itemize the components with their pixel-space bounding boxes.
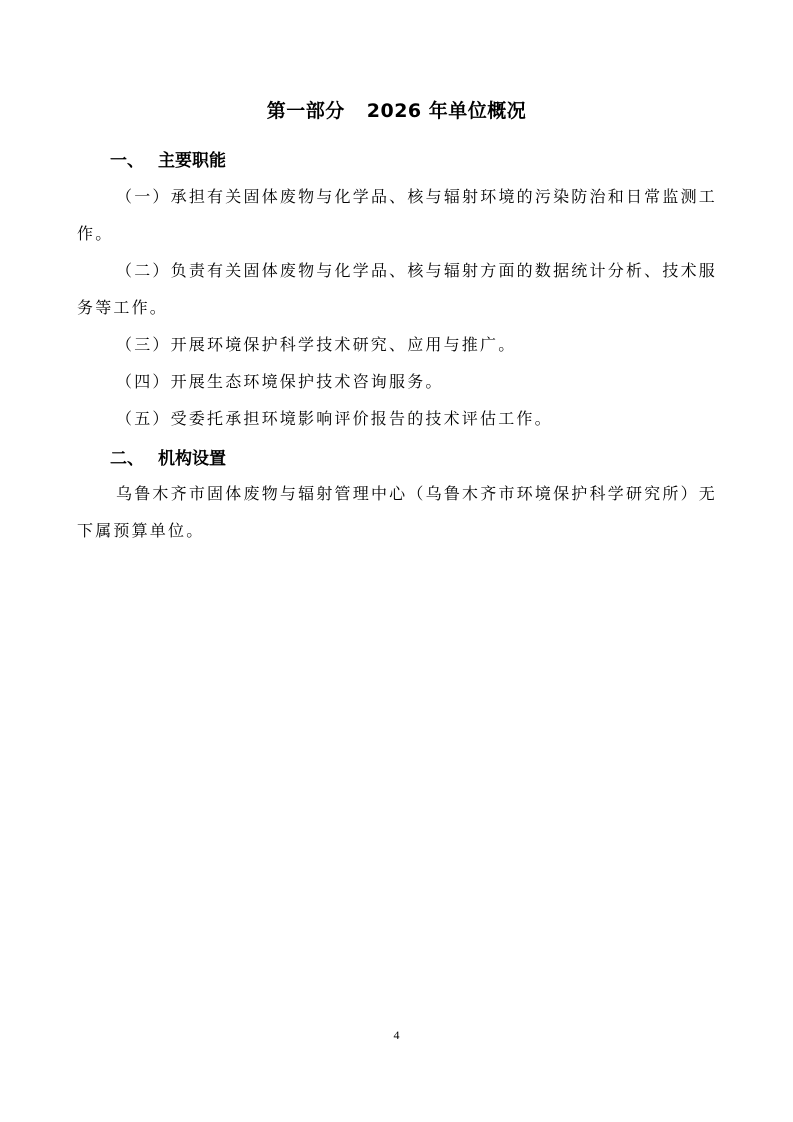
section-title: 机构设置: [158, 449, 226, 469]
section-heading-organization: 二、机构设置: [110, 444, 226, 469]
section-heading-main-functions: 一、主要职能: [110, 146, 226, 171]
page-title: 第一部分2026 年单位概况: [0, 96, 793, 123]
paragraph-function-2: （二）负责有关固体废物与化学品、核与辐射方面的数据统计分析、技术服务等工作。: [77, 252, 717, 326]
document-page: 第一部分2026 年单位概况 一、主要职能 （一）承担有关固体废物与化学品、核与…: [0, 0, 793, 1122]
page-number: 4: [0, 1028, 793, 1043]
paragraph-function-1: （一）承担有关固体废物与化学品、核与辐射环境的污染防治和日常监测工作。: [77, 178, 717, 252]
paragraph-function-4: （四）开展生态环境保护技术咨询服务。: [77, 363, 717, 400]
paragraph-organization: 乌鲁木齐市固体废物与辐射管理中心（乌鲁木齐市环境保护科学研究所）无下属预算单位。: [77, 475, 717, 549]
section-number: 一、: [110, 146, 158, 171]
paragraph-function-5: （五）受委托承担环境影响评价报告的技术评估工作。: [77, 400, 717, 437]
title-part: 第一部分: [267, 100, 345, 122]
paragraph-function-3: （三）开展环境保护科学技术研究、应用与推广。: [77, 326, 717, 363]
section-number: 二、: [110, 444, 158, 469]
title-text: 2026 年单位概况: [367, 100, 527, 122]
section-title: 主要职能: [158, 151, 226, 171]
